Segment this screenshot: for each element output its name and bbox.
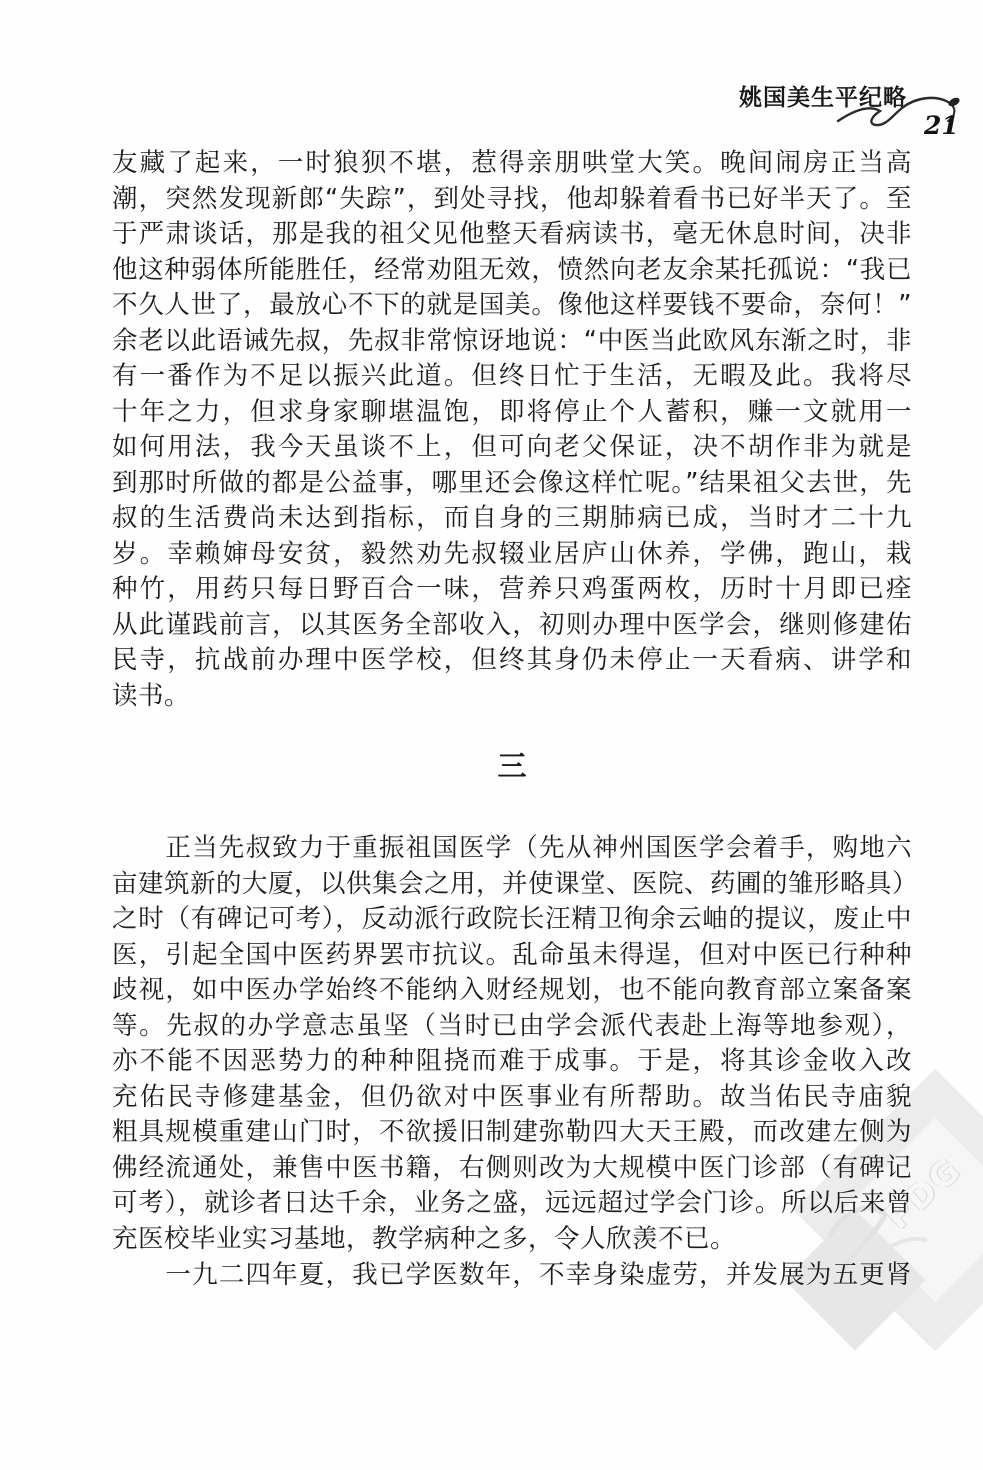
text-line: 等。先叔的办学意志虽坚（当时已由学会派代表赴上海等地参观），	[112, 1009, 912, 1045]
text-line: 可考），就诊者日达千余，业务之盛，远远超过学会门诊。所以后来曾	[112, 1186, 912, 1222]
text-line: 民寺，抗战前办理中医学校，但终其身仍未停止一天看病、讲学和	[112, 643, 912, 679]
text-line: 佛经流通处，兼售中医书籍，右侧则改为大规模中医门诊部（有碑记	[112, 1151, 912, 1187]
section-heading: 三	[112, 744, 912, 785]
text-line: 于严肃谈话，那是我的祖父见他整天看病读书，毫无休息时间，决非	[112, 217, 912, 253]
text-line: 歧视，如中医办学始终不能纳入财经规划，也不能向教育部立案备案	[112, 973, 912, 1009]
text-line: 岁。幸赖婶母安贫，毅然劝先叔辍业居庐山休养，学佛，跑山，栽花，	[112, 537, 912, 573]
text-line: 充佑民寺修建基金，但仍欲对中医事业有所帮助。故当佑民寺庙貌	[112, 1080, 912, 1116]
text-line: 如何用法，我今天虽谈不上，但可向老父保证，决不胡作非为就是了。	[112, 430, 912, 466]
paragraph-1924: 一九二四年夏，我已学医数年，不幸身染虚劳，并发展为五更肾	[112, 1258, 912, 1294]
text-line: 医，引起全国中医药界罢市抗议。乱命虽未得逞，但对中医已行种种	[112, 938, 912, 974]
text-line: 粗具规模重建山门时，不欲援旧制建弥勒四大天王殿，而改建左侧为	[112, 1115, 912, 1151]
text-line: 十年之力，但求身家聊堪温饱，即将停止个人蓄积，赚一文就用一文。	[112, 395, 912, 431]
text-line: 他这种弱体所能胜任，经常劝阻无效，愤然向老友余某托孤说：“我已	[112, 253, 912, 289]
text-line: 读书。	[112, 679, 912, 715]
text-line: 潮，突然发现新郎“失踪”，到处寻找，他却躲着看书已好半天了。至	[112, 182, 912, 218]
paragraph-continued: 友藏了起来，一时狼狈不堪，惹得亲朋哄堂大笑。晚间闹房正当高潮，突然发现新郎“失踪…	[112, 146, 912, 714]
text-line: 从此谨践前言，以其医务全部收入，初则办理中医学会，继则修建佑	[112, 608, 912, 644]
text-line: 亦不能不因恶势力的种种阻挠而难于成事。于是，将其诊金收入改	[112, 1044, 912, 1080]
text-line: 充医校毕业实习基地，教学病种之多，令人欣羡不已。	[112, 1222, 912, 1258]
text-line: 亩建筑新的大厦，以供集会之用，并使课堂、医院、药圃的雏形略具）	[112, 867, 912, 903]
scanned-book-page: PDG 姚国美生平纪略 21 友藏了起来，一时狼狈不堪，惹得亲朋哄堂大笑。晚间闹…	[0, 0, 983, 1470]
text-line: 叔的生活费尚未达到指标，而自身的三期肺病已成，当时才二十九	[112, 501, 912, 537]
text-line: 有一番作为不足以振兴此道。但终日忙于生活，无暇及此。我将尽	[112, 359, 912, 395]
text-line: 一九二四年夏，我已学医数年，不幸身染虚劳，并发展为五更肾	[112, 1258, 912, 1294]
text-line: 正当先叔致力于重振祖国医学（先从神州国医学会着手，购地六	[112, 831, 912, 867]
text-line: 友藏了起来，一时狼狈不堪，惹得亲朋哄堂大笑。晚间闹房正当高	[112, 146, 912, 182]
paragraph-section-three: 正当先叔致力于重振祖国医学（先从神州国医学会着手，购地六亩建筑新的大厦，以供集会…	[112, 831, 912, 1257]
text-line: 之时（有碑记可考），反动派行政院长汪精卫徇余云岫的提议，废止中	[112, 902, 912, 938]
text-line: 余老以此语诫先叔，先叔非常惊讶地说：“中医当此欧风东渐之时，非	[112, 324, 912, 360]
text-line: 到那时所做的都是公益事，哪里还会像这样忙呢。”结果祖父去世，先	[112, 466, 912, 502]
text-line: 不久人世了，最放心不下的就是国美。像他这样要钱不要命，奈何！”	[112, 288, 912, 324]
text-line: 种竹，用药只每日野百合一味，营养只鸡蛋两枚，历时十月即已痊愈。	[112, 572, 912, 608]
page-number: 21	[924, 111, 959, 140]
